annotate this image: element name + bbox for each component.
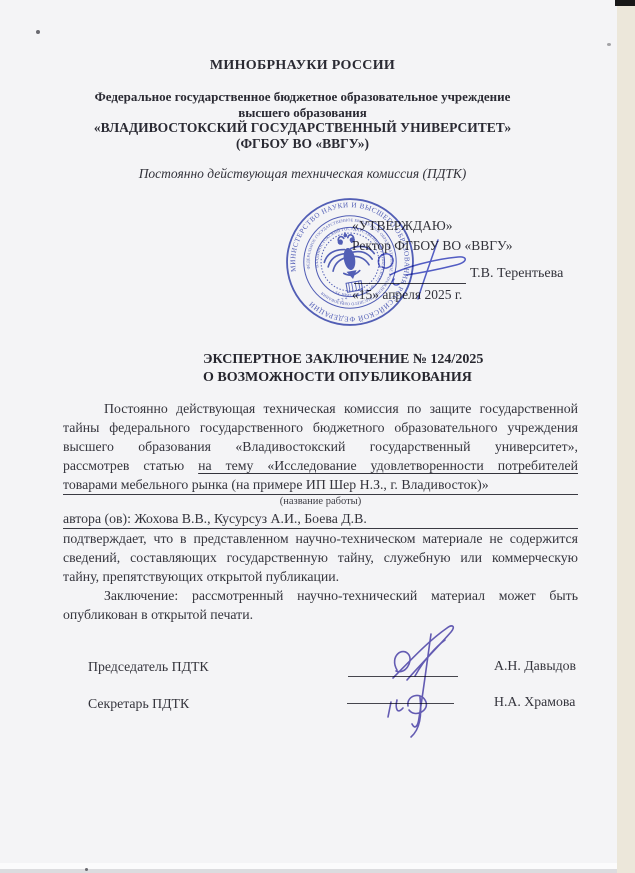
- document-title: ЭКСПЕРТНОЕ ЗАКЛЮЧЕНИЕ № 124/2025 О ВОЗМО…: [203, 351, 483, 387]
- scan-corner-shadow: [615, 0, 635, 6]
- commission-line: Постоянно действующая техническая комисс…: [30, 166, 575, 182]
- conclusion-line1: Заключение: рассмотренный научно-техниче…: [63, 586, 578, 605]
- university-name: «ВЛАДИВОСТОКСКИЙ ГОСУДАРСТВЕННЫЙ УНИВЕРС…: [30, 120, 575, 136]
- scanned-document-page: МИНОБРНАУКИ РОССИИ Федеральное государст…: [0, 0, 635, 873]
- work-title-caption: (название работы): [63, 495, 578, 509]
- approver-name: Т.В. Терентьева: [470, 266, 563, 282]
- scan-speck: [36, 30, 40, 34]
- institution-line1: Федеральное государственное бюджетное об…: [30, 89, 575, 105]
- committee-signatures: [375, 618, 485, 740]
- document-body: Постоянно действующая техническая комисс…: [63, 399, 578, 624]
- scan-speck: [85, 868, 88, 871]
- work-title-underlined: на тему «Исследование удовлетворенности …: [198, 458, 578, 473]
- body-line4-plain: рассмотрев статью: [63, 458, 184, 473]
- secretary-name: Н.А. Храмова: [494, 694, 575, 710]
- chairman-role: Председатель ПДТК: [88, 659, 209, 675]
- conclusion-line2: опубликован в открытой печати.: [63, 605, 578, 624]
- body-line: тайну, препятствующих открытой публикаци…: [63, 567, 578, 586]
- institution-line2: высшего образования: [30, 105, 575, 121]
- scan-bottom-shadow: [0, 869, 617, 873]
- chairman-name: А.Н. Давыдов: [494, 658, 576, 674]
- document-title-line1: ЭКСПЕРТНОЕ ЗАКЛЮЧЕНИЕ № 124/2025: [203, 351, 483, 369]
- document-title-line2: О ВОЗМОЖНОСТИ ОПУБЛИКОВАНИЯ: [203, 369, 483, 387]
- secretary-signature: [388, 702, 391, 717]
- secretary-role: Секретарь ПДТК: [88, 696, 189, 712]
- work-title-line2: товарами мебельного рынка (на примере ИП…: [63, 475, 578, 495]
- body-line: тайны федерального государственного бюдж…: [63, 418, 578, 437]
- scan-right-edge: [617, 0, 635, 873]
- body-line: подтверждает, что в представленном научн…: [63, 529, 578, 548]
- authors-line: автора (ов): Жохова В.В., Кусурсуз А.И.,…: [63, 509, 578, 529]
- body-line: Постоянно действующая техническая комисс…: [63, 399, 578, 418]
- scan-speck: [607, 43, 611, 46]
- body-line: рассмотрев статью на тему «Исследование …: [63, 456, 578, 475]
- body-line: высшего образования «Владивостокский гос…: [63, 437, 578, 456]
- rector-signature: [360, 235, 480, 310]
- university-abbrev: (ФГБОУ ВО «ВВГУ»): [30, 136, 575, 152]
- institution-block: Федеральное государственное бюджетное об…: [30, 89, 575, 151]
- ministry-title: МИНОБРНАУКИ РОССИИ: [30, 58, 575, 74]
- body-line: сведений, составляющих государственную т…: [63, 548, 578, 567]
